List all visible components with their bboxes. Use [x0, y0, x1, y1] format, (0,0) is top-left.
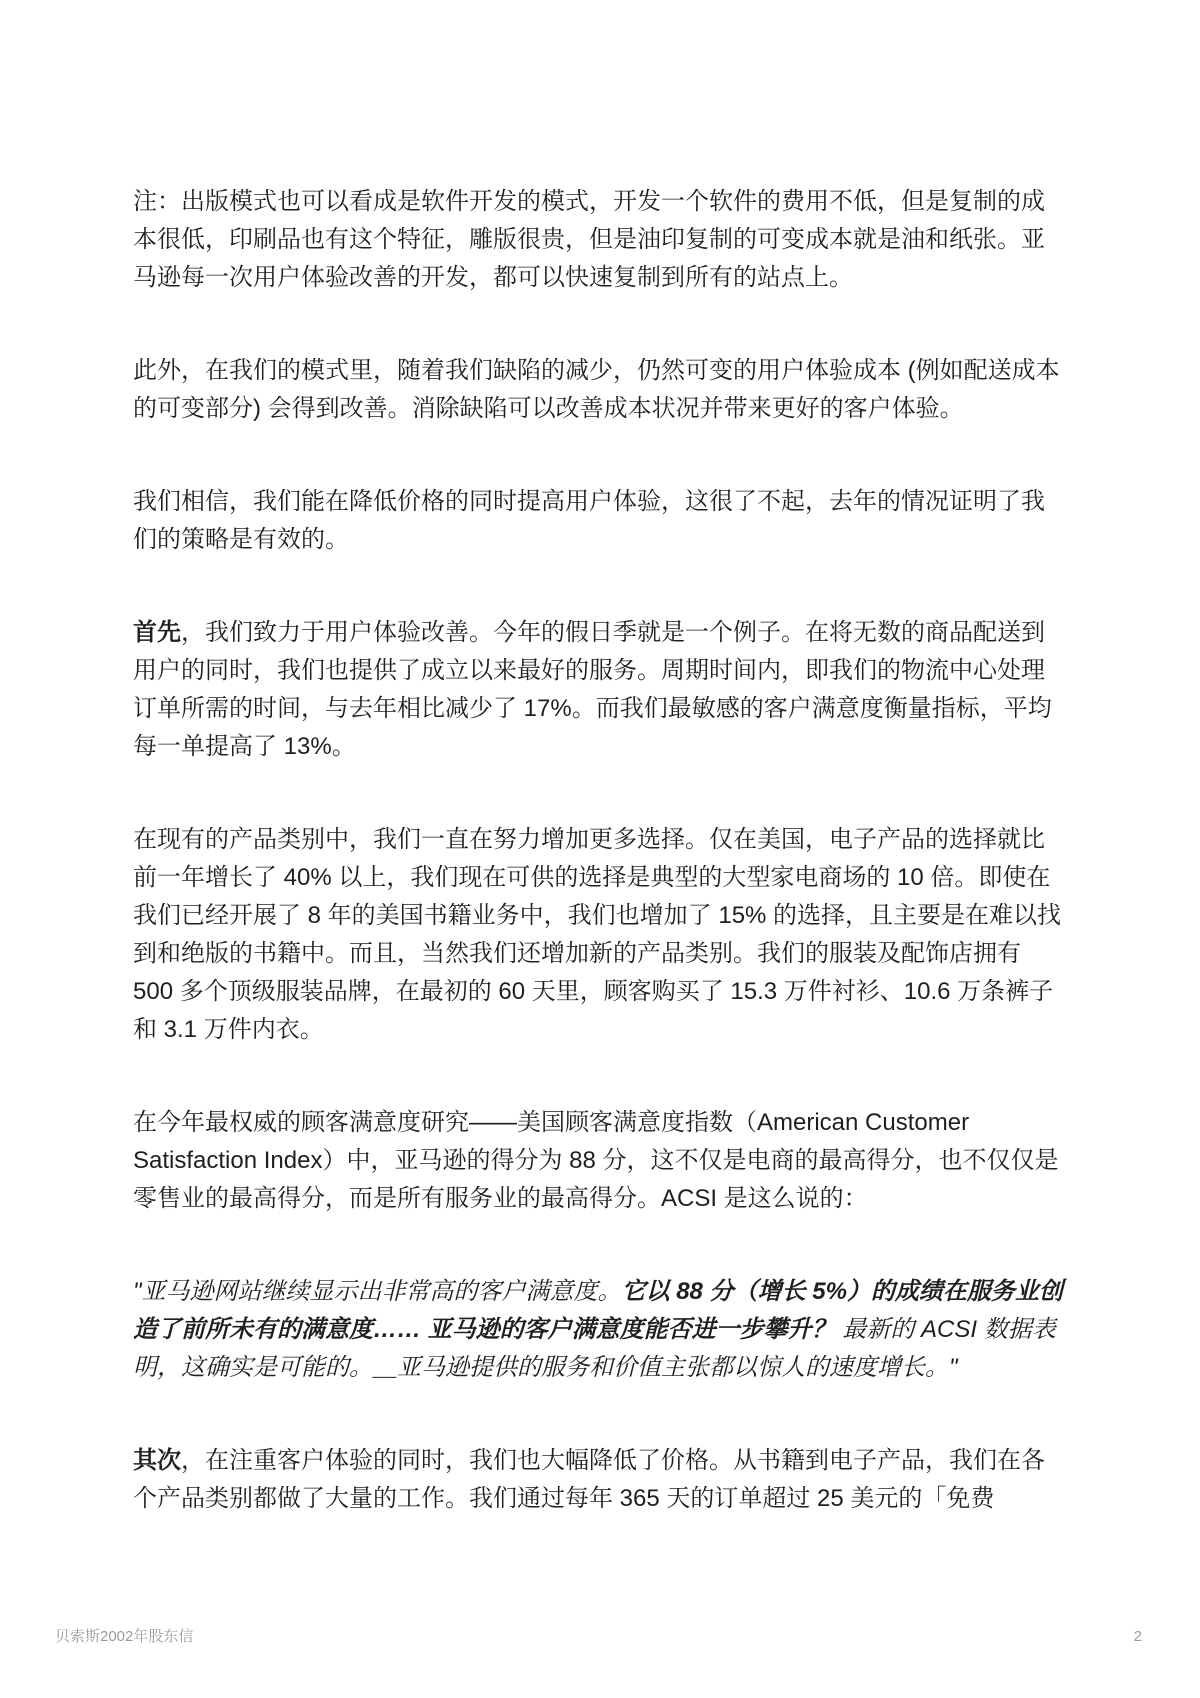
text-run: 在今年最权威的顾客满意度研究——美国顾客满意度指数（American Custo…: [133, 1109, 1058, 1212]
quote-paragraph: "亚马逊网站继续显示出非常高的客户满意度。它以 88 分（增长 5%）的成绩在服…: [133, 1273, 1065, 1387]
body-paragraph: 此外，在我们的模式里，随着我们缺陷的减少，仍然可变的用户体验成本 (例如配送成本…: [133, 352, 1065, 428]
body-paragraph: 在现有的产品类别中，我们一直在努力增加更多选择。仅在美国，电子产品的选择就比前一…: [133, 821, 1065, 1049]
text-run: 注：出版模式也可以看成是软件开发的模式，开发一个软件的费用不低，但是复制的成本很…: [133, 188, 1045, 291]
letter-body: 注：出版模式也可以看成是软件开发的模式，开发一个软件的费用不低，但是复制的成本很…: [133, 183, 1065, 1518]
body-paragraph: 注：出版模式也可以看成是软件开发的模式，开发一个软件的费用不低，但是复制的成本很…: [133, 183, 1065, 297]
text-run: 在现有的产品类别中，我们一直在努力增加更多选择。仅在美国，电子产品的选择就比前一…: [133, 826, 1061, 1043]
page-number: 2: [1134, 1628, 1142, 1645]
footer-document-title: 贝索斯2002年股东信: [55, 1625, 193, 1646]
body-paragraph: 在今年最权威的顾客满意度研究——美国顾客满意度指数（American Custo…: [133, 1104, 1065, 1218]
body-paragraph: 首先，我们致力于用户体验改善。今年的假日季就是一个例子。在将无数的商品配送到用户…: [133, 614, 1065, 766]
bold-text-run: 其次: [133, 1447, 181, 1474]
body-paragraph: 其次，在注重客户体验的同时，我们也大幅降低了价格。从书籍到电子产品，我们在各个产…: [133, 1442, 1065, 1518]
bold-text-run: 首先: [133, 619, 181, 646]
text-run: 我们相信，我们能在降低价格的同时提高用户体验，这很了不起，去年的情况证明了我们的…: [133, 488, 1045, 553]
document-page: 注：出版模式也可以看成是软件开发的模式，开发一个软件的费用不低，但是复制的成本很…: [0, 0, 1200, 1698]
text-run: ，我们致力于用户体验改善。今年的假日季就是一个例子。在将无数的商品配送到用户的同…: [133, 619, 1052, 760]
text-run: "亚马逊网站继续显示出非常高的客户满意度。: [133, 1278, 622, 1305]
body-paragraph: 我们相信，我们能在降低价格的同时提高用户体验，这很了不起，去年的情况证明了我们的…: [133, 483, 1065, 559]
text-run: 此外，在我们的模式里，随着我们缺陷的减少，仍然可变的用户体验成本 (例如配送成本…: [133, 357, 1060, 422]
text-run: ，在注重客户体验的同时，我们也大幅降低了价格。从书籍到电子产品，我们在各个产品类…: [133, 1447, 1045, 1512]
page-footer: 贝索斯2002年股东信 2: [55, 1625, 1142, 1646]
